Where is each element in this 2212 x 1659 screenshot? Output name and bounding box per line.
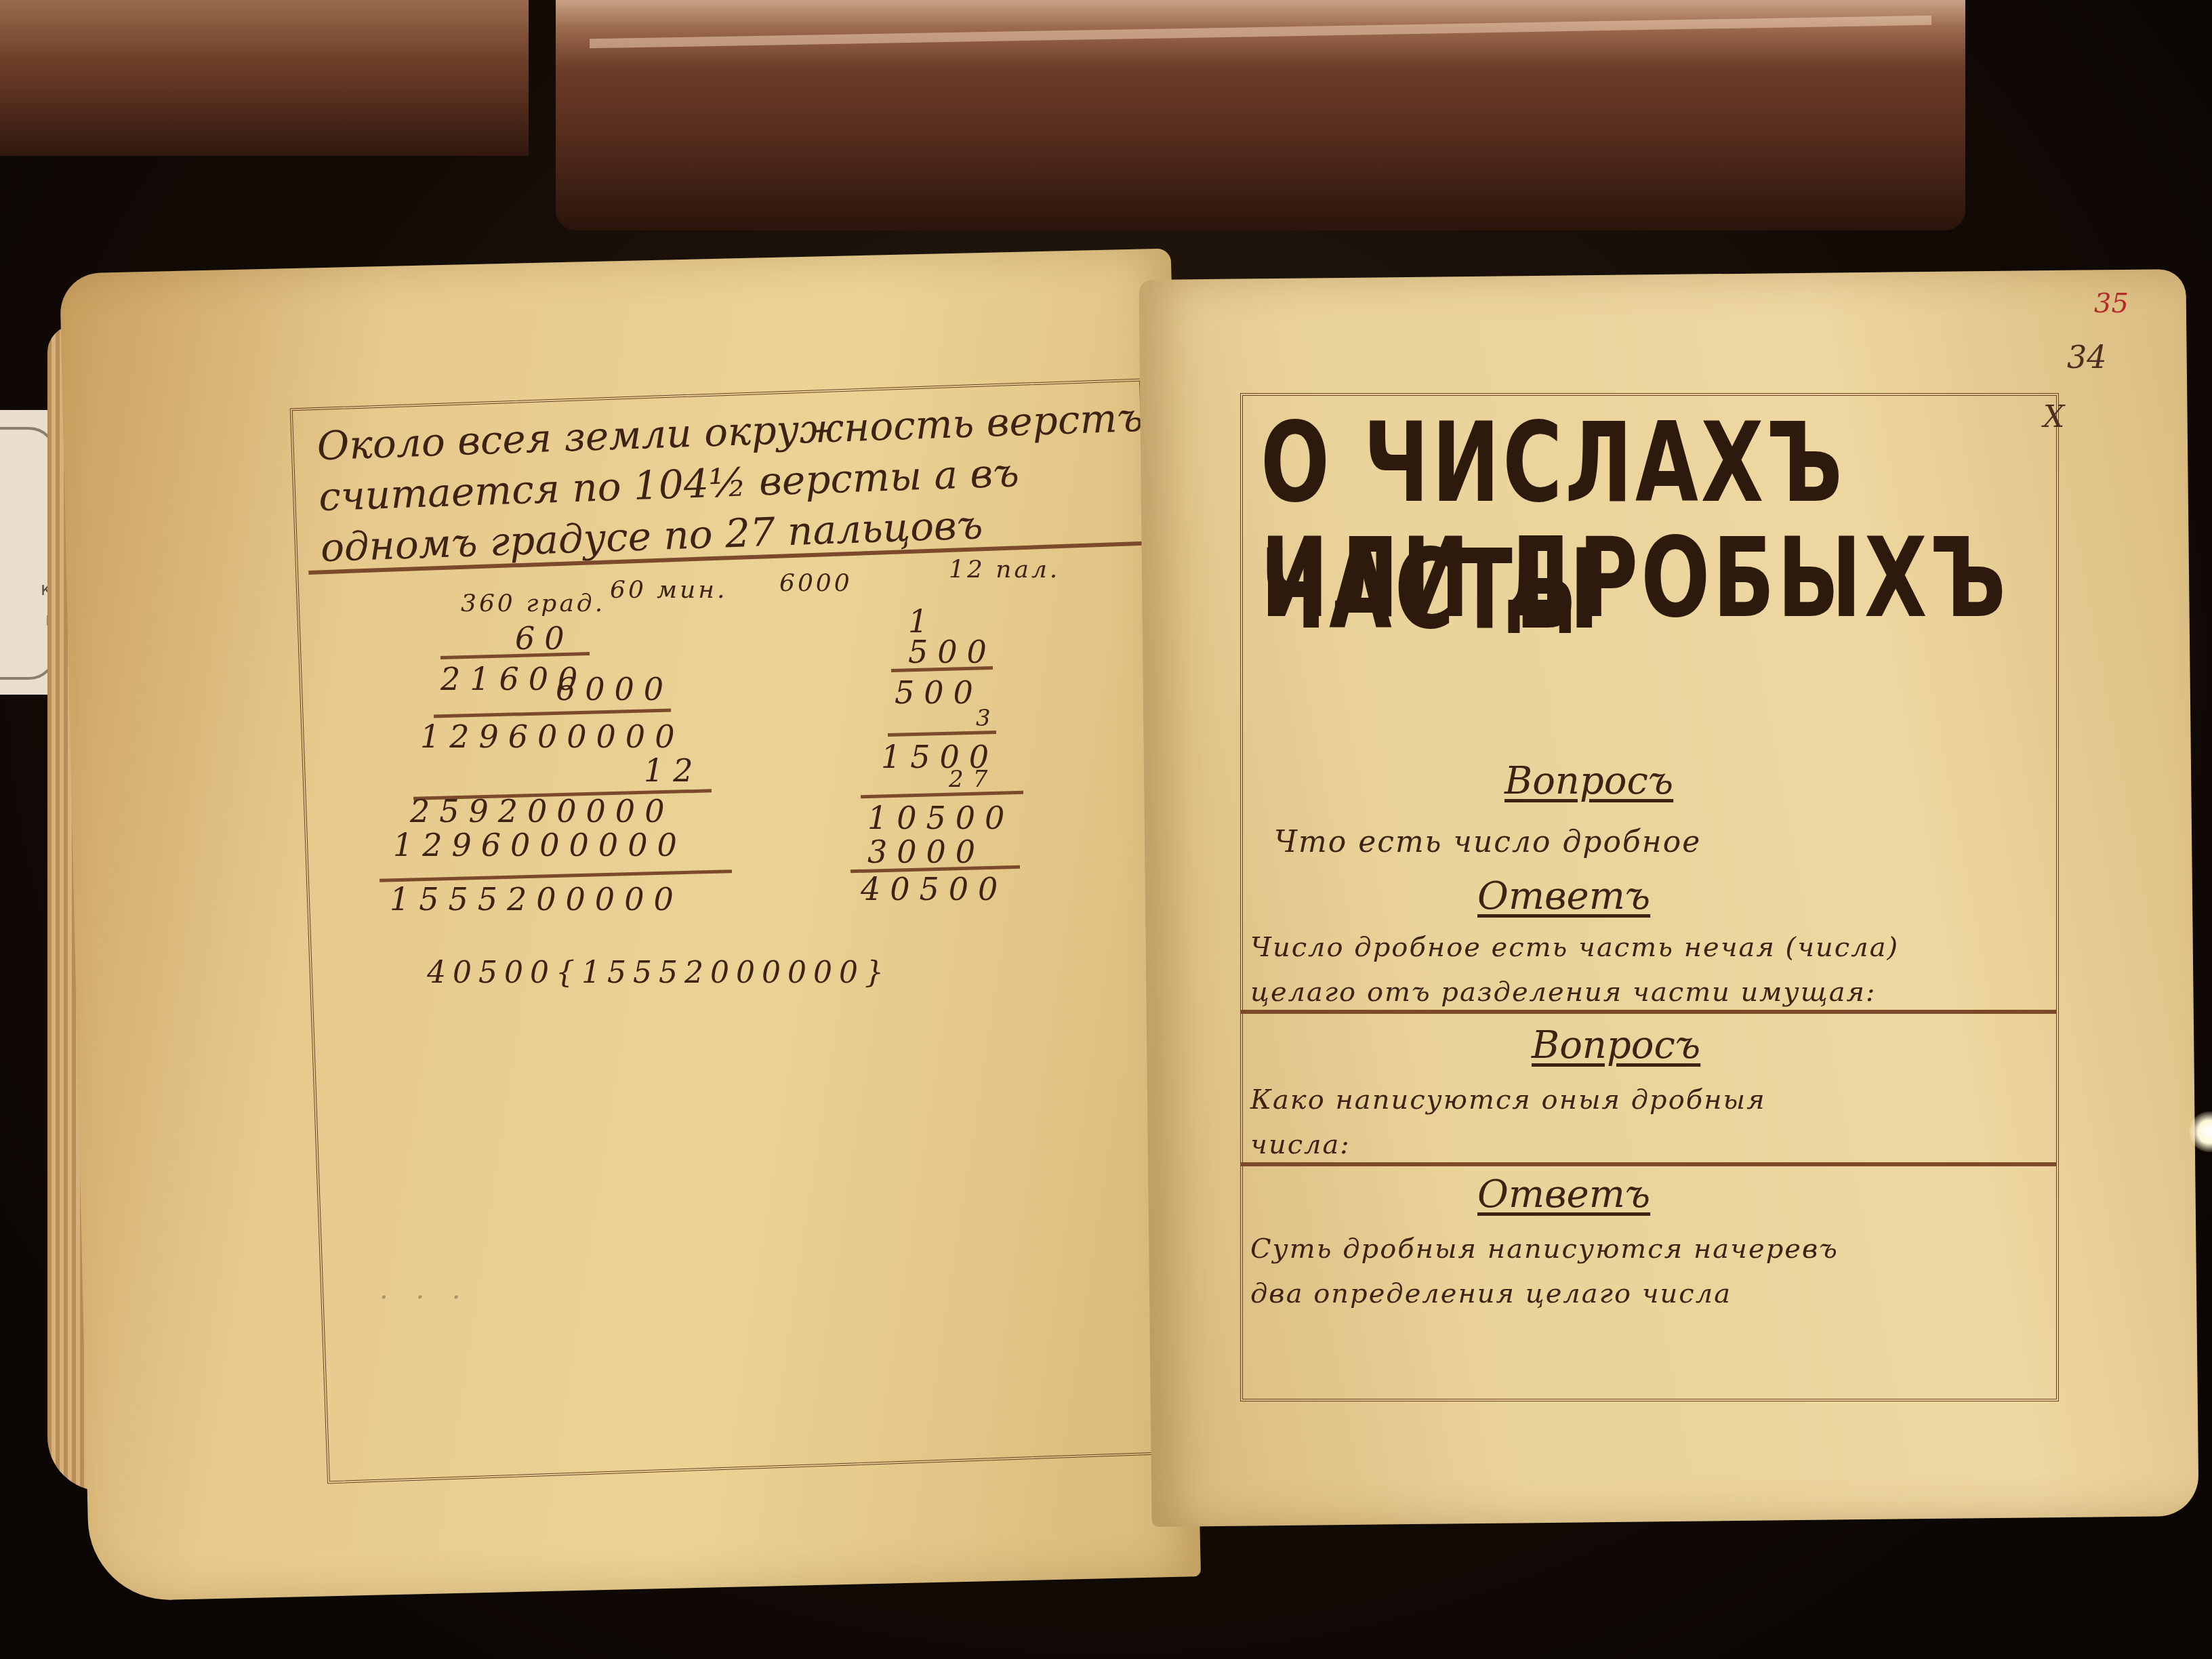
answer-text: Суть дробныя написуются начеревъ два опр… bbox=[1250, 1227, 1839, 1316]
text-line: числа: bbox=[1250, 1122, 1766, 1167]
question-text: Что есть число дробное bbox=[1274, 820, 1701, 865]
unit-label: 60 мин. bbox=[610, 576, 727, 604]
background-book-left bbox=[0, 0, 529, 156]
question-heading: Вопросъ bbox=[1532, 1023, 1700, 1067]
calc-line: 60 bbox=[515, 620, 574, 657]
unit-label: 12 пал. bbox=[949, 556, 1060, 583]
text-line: Что есть число дробное bbox=[1274, 820, 1701, 865]
calc-line: 129600000 bbox=[420, 718, 684, 755]
calc-line: 40500 bbox=[861, 871, 1007, 907]
text-line: Суть дробныя написуются начеревъ bbox=[1250, 1227, 1839, 1271]
calc-line: 1296000000 bbox=[393, 827, 687, 863]
calc-line: 12 bbox=[644, 752, 703, 789]
left-page-heading: Около всея земли окружность верстъ счита… bbox=[316, 392, 1147, 573]
question-heading: Вопросъ bbox=[1504, 759, 1673, 803]
calc-line: 3000 bbox=[867, 834, 985, 870]
calc-line: 27 bbox=[949, 766, 997, 793]
calc-line: 3 bbox=[976, 705, 1000, 732]
text-line: Число дробное есть часть нечая (числа) bbox=[1250, 925, 1899, 970]
chapter-title-line: ИЛИ ДРОБЫХЪ bbox=[1261, 515, 2009, 642]
calc-line: 500 bbox=[908, 634, 996, 670]
answer-text: Число дробное есть часть нечая (числа) ц… bbox=[1250, 925, 1899, 1015]
calc-line: 10500 bbox=[867, 800, 1014, 836]
calc-line: 1555200000 bbox=[390, 881, 683, 918]
question-text: Како написуются оныя дробныя числа: bbox=[1250, 1078, 1766, 1167]
calc-line: 6000 bbox=[556, 671, 673, 708]
unit-label: 6000 bbox=[779, 569, 853, 597]
division-line: 40500{15552000000} bbox=[427, 956, 890, 990]
calc-line: 259200000 bbox=[410, 793, 674, 829]
text-line: целаго отъ разделения части имущая: bbox=[1250, 970, 1899, 1015]
text-line: два определения целаго числа bbox=[1250, 1271, 1839, 1316]
calc-line: 500 bbox=[895, 674, 983, 711]
faint-mark: . . . bbox=[380, 1274, 470, 1305]
answer-heading: Ответъ bbox=[1477, 1172, 1650, 1216]
folio-number: 34 bbox=[2067, 339, 2107, 375]
answer-heading: Ответъ bbox=[1477, 874, 1650, 918]
folio-number-red: 35 bbox=[2094, 288, 2129, 319]
text-line: Како написуются оныя дробныя bbox=[1250, 1078, 1766, 1122]
